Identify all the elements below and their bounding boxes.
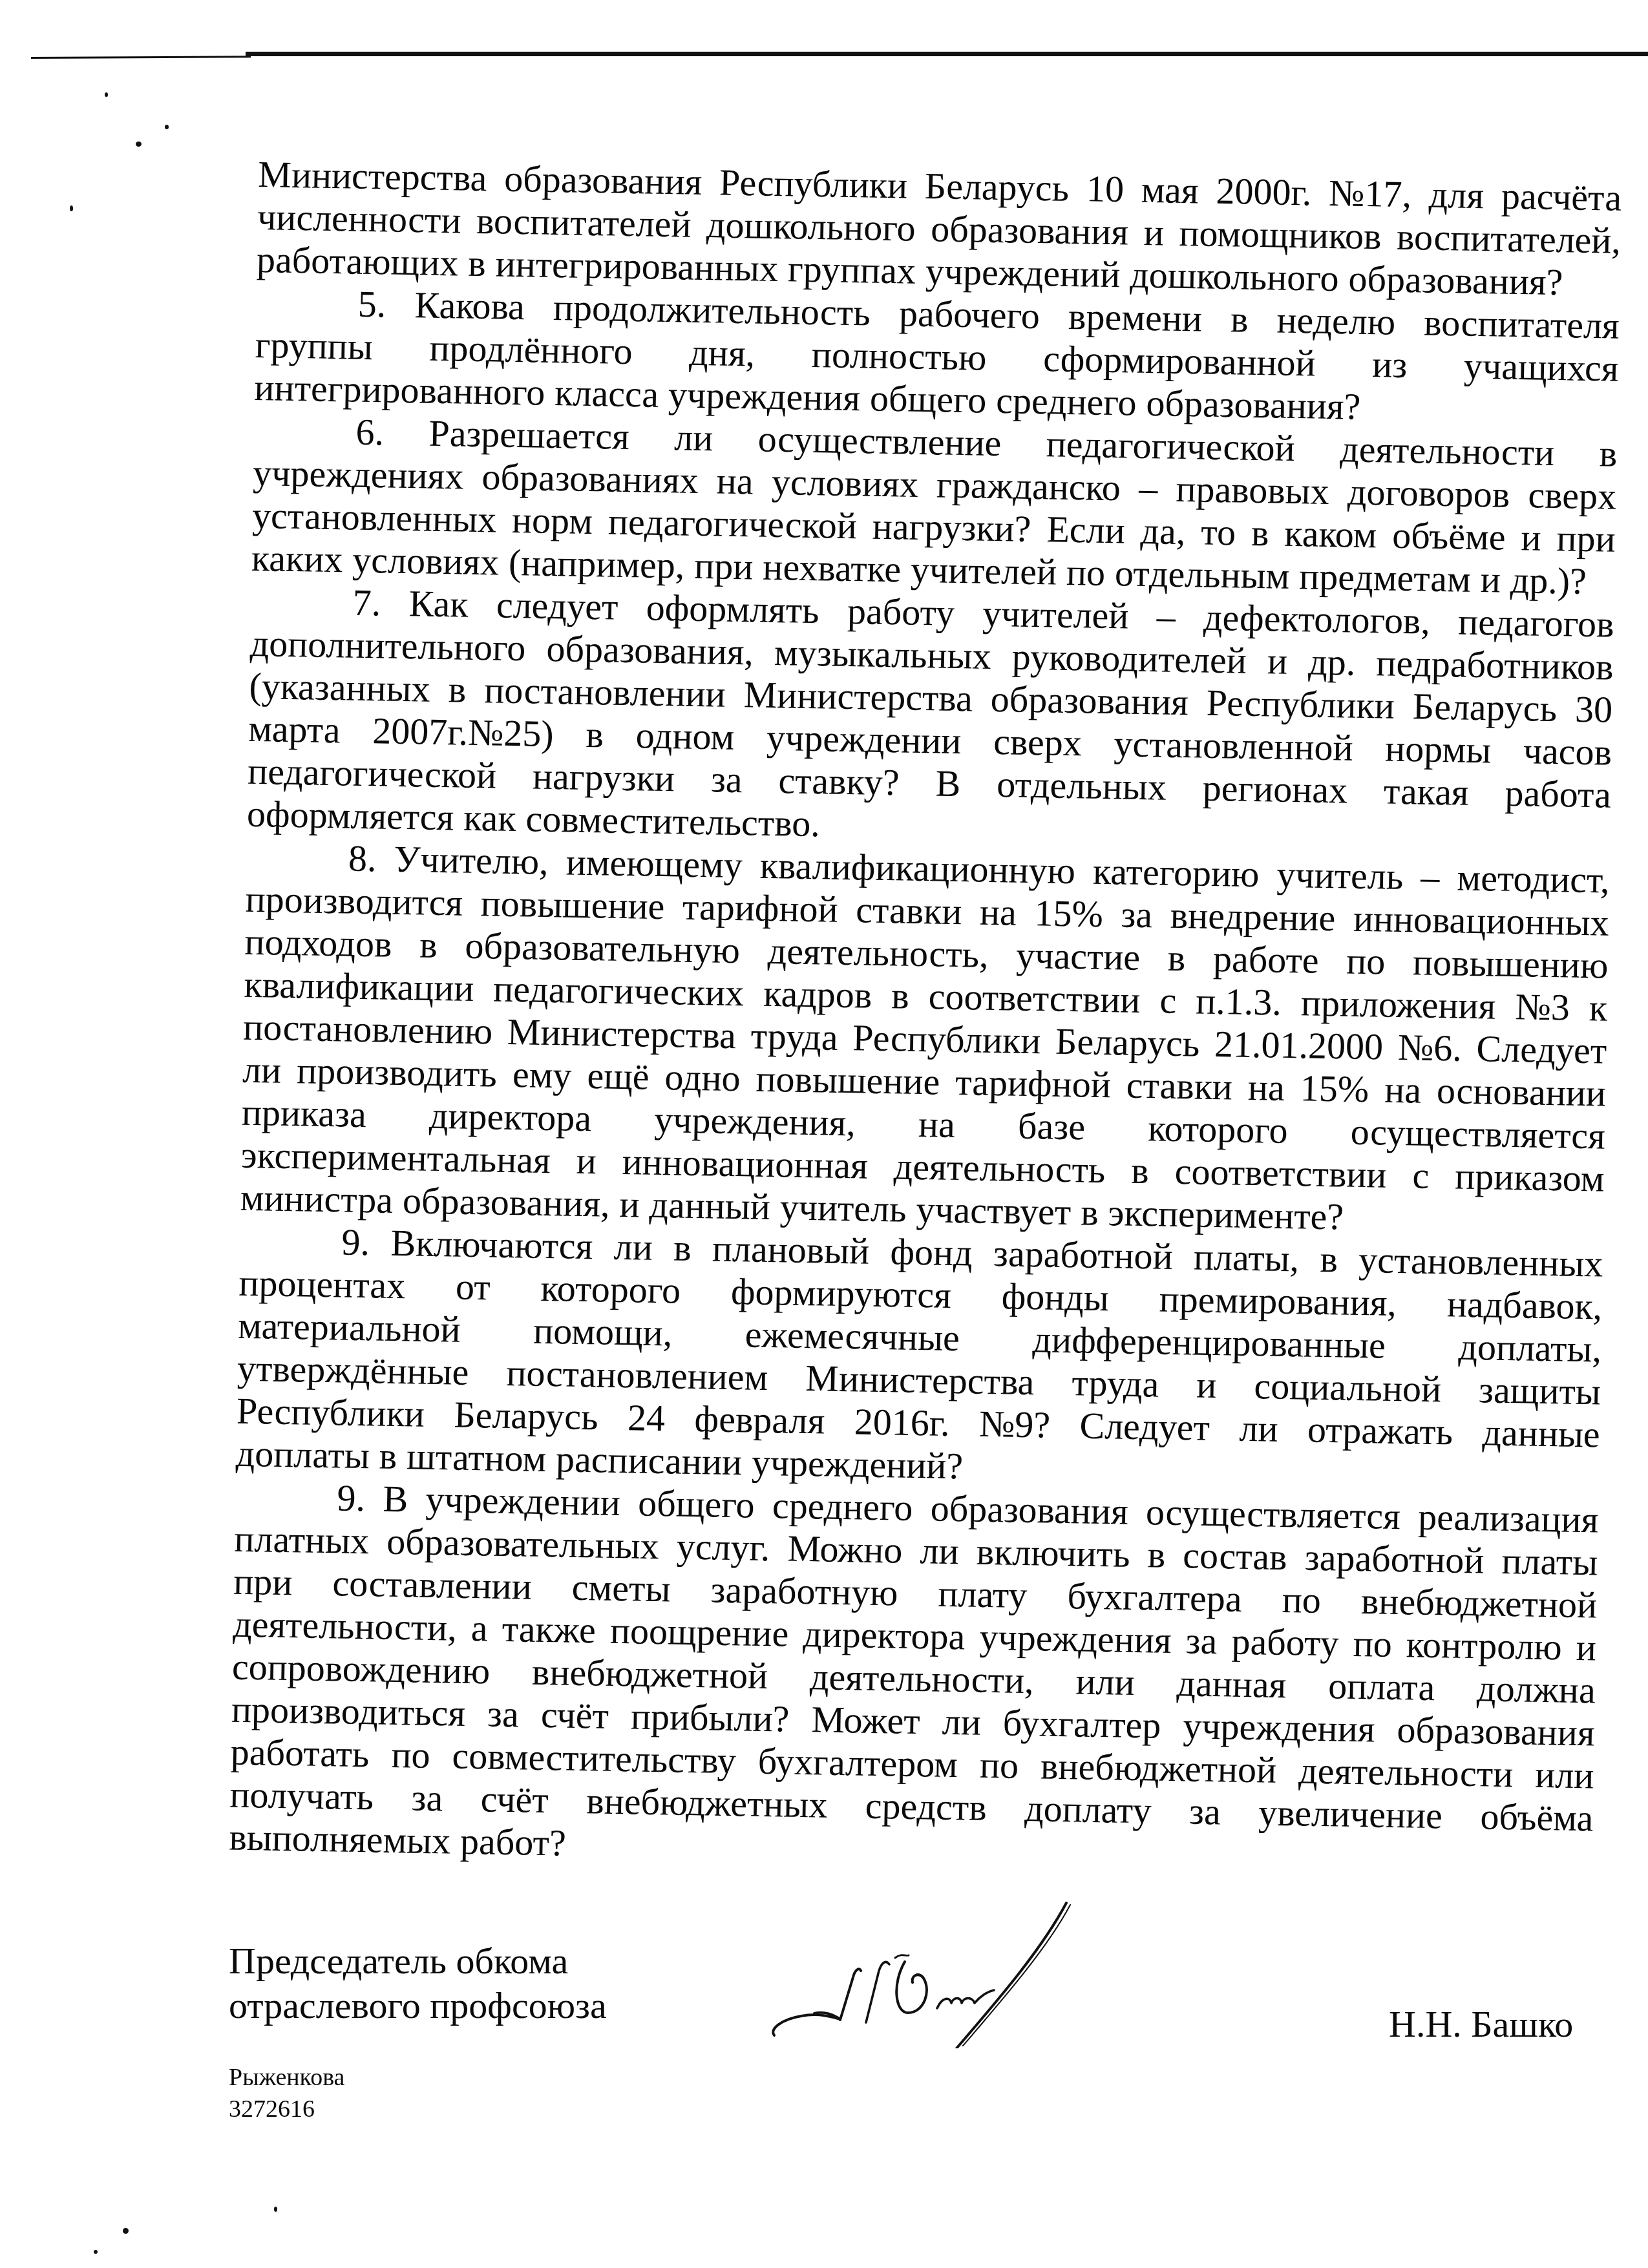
scan-speck: [274, 2207, 277, 2212]
top-rule-left: [31, 56, 251, 59]
paragraph-q9a: 9.Включаютсяливплановыйфондзаработнойпла…: [235, 1219, 1603, 1499]
top-rule-right: [246, 52, 1648, 56]
signoff-position-line2: отраслевого профсоюза: [229, 1984, 607, 2027]
scan-speck: [105, 92, 108, 97]
signer-name: Н.Н. Башко: [1389, 2003, 1573, 2046]
letter-body: МинистерстваобразованияРеспубликиБеларус…: [229, 153, 1622, 1882]
scan-speck: [94, 2250, 98, 2254]
paragraph-q6: 6.Разрешаетсялиосуществлениепедагогическ…: [251, 409, 1617, 604]
paragraph-q8: 8.Учителю,имеющемуквалификационнуюкатего…: [240, 835, 1610, 1243]
paragraph-p4-tail: МинистерстваобразованияРеспубликиБеларус…: [257, 153, 1622, 305]
scan-speck: [123, 2228, 129, 2234]
scan-speck: [165, 125, 169, 129]
paragraph-q9b: 9.Вучрежденииобщегосреднегообразованияос…: [229, 1475, 1599, 1883]
scan-speck: [136, 142, 142, 147]
paragraph-q5: 5.Каковапродолжительностьрабочеговремени…: [254, 281, 1620, 433]
signoff-position-line1: Председатель обкома: [229, 1940, 568, 1982]
scanned-page: МинистерстваобразованияРеспубликиБеларус…: [0, 0, 1648, 2268]
handwritten-signature-icon: [763, 1900, 1163, 2048]
executor-phone: 3272616: [229, 2094, 315, 2124]
executor-name: Рыженкова: [229, 2063, 344, 2092]
scan-speck: [70, 205, 73, 211]
paragraph-q7: 7.Какследуетоформлятьработуучителей–дефе…: [247, 580, 1615, 859]
